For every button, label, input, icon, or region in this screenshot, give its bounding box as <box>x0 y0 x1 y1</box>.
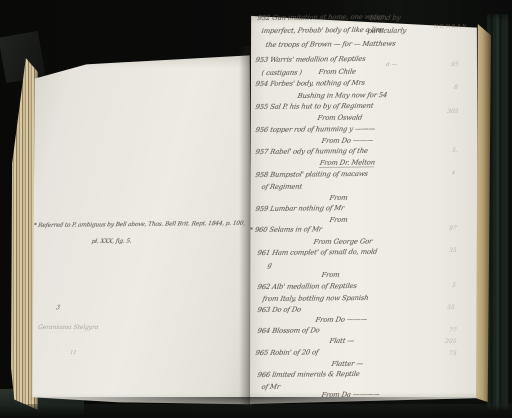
register-entry-line: bound by <box>369 15 401 22</box>
book-shadow <box>30 397 482 410</box>
left-page <box>28 50 252 408</box>
book-photograph: * Referred to P. ambiguus by Bell above,… <box>0 0 512 418</box>
book-cover-top-left <box>0 31 46 83</box>
right-page <box>250 12 478 404</box>
